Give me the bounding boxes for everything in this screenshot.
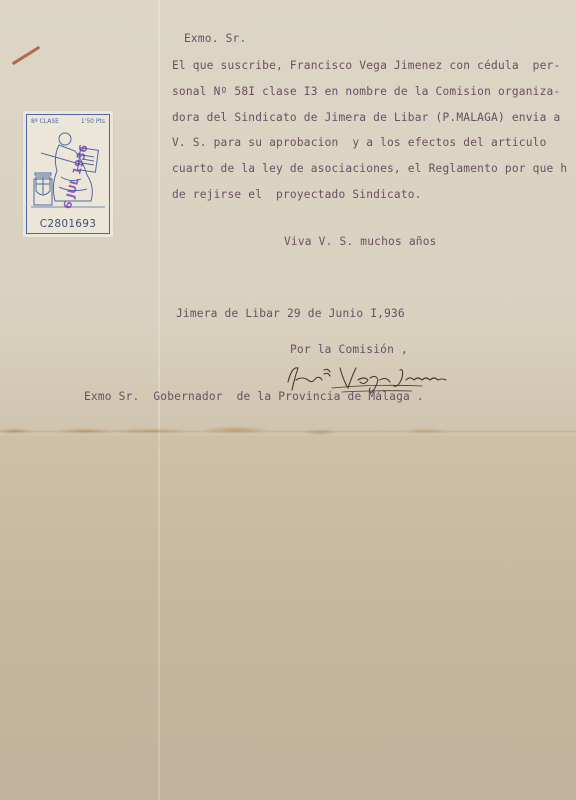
body-line-3: dora del Sindicato de Jimera de Libar (P… bbox=[172, 112, 560, 123]
pin-mark bbox=[12, 46, 41, 66]
addressee-line: Exmo Sr. Gobernador de la Provincia de M… bbox=[84, 391, 424, 402]
stamp-class-label: 8ª CLASE bbox=[31, 118, 59, 125]
lower-paper-shade bbox=[0, 436, 576, 800]
fold-line-stain bbox=[0, 426, 576, 436]
document-page: 8ª CLASE 1'50 Pts 6 bbox=[0, 0, 576, 800]
stamp-serial-number: C2801693 bbox=[27, 218, 109, 230]
revenue-stamp: 8ª CLASE 1'50 Pts 6 bbox=[22, 110, 114, 238]
body-line-5: cuarto de la ley de asociaciones, el Reg… bbox=[172, 163, 567, 174]
stamp-value-label: 1'50 Pts bbox=[81, 118, 105, 125]
signature-label: Por la Comisión , bbox=[290, 344, 408, 355]
place-date-line: Jimera de Libar 29 de Junio I,936 bbox=[176, 308, 405, 319]
closing-line: Viva V. S. muchos años bbox=[284, 236, 437, 247]
body-line-2: sonal Nº 58I clase I3 en nombre de la Co… bbox=[172, 86, 560, 97]
salutation: Exmo. Sr. bbox=[184, 33, 246, 44]
body-line-6: de rejirse el proyectado Sindicato. bbox=[172, 189, 422, 200]
stamp-frame: 8ª CLASE 1'50 Pts 6 bbox=[26, 114, 110, 234]
body-line-1: El que suscribe, Francisco Vega Jimenez … bbox=[172, 60, 560, 71]
body-line-4: V. S. para su aprobacion y a los efectos… bbox=[172, 137, 547, 148]
